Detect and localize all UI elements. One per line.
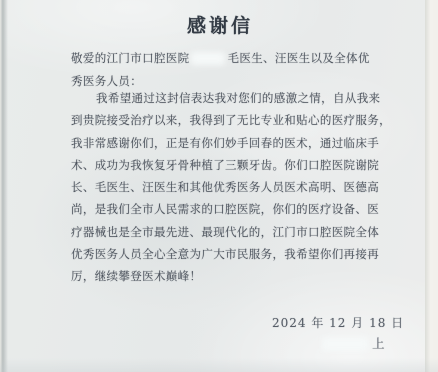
- redacted-name-blur: [191, 52, 225, 65]
- letter-date: 2024 年 12 月 18 日: [272, 314, 404, 331]
- salutation-line-1: 敬爱的江门市口腔医院毛医生、汪医生以及全体优: [71, 50, 373, 67]
- letter-title: 感谢信: [71, 11, 369, 38]
- redacted-signature-blur: [322, 337, 368, 351]
- letter-body-line: 优秀医务人员全心全意为广大市民服务，我希望你们再接再: [71, 243, 373, 265]
- letter-body-line: 术、成功为我恢复牙骨种植了三颗牙齿。你们口腔医院谢院: [71, 154, 373, 176]
- paper-left-edge: [0, 0, 8, 372]
- background-right-strip: [425, 0, 438, 372]
- salutation-after-redaction: 毛医生、汪医生以及全体优: [228, 51, 370, 65]
- signature-line: 上: [322, 334, 385, 353]
- letter-body-line: 尚，是我们全市人民需求的口腔医院，你们的医疗设备、医: [71, 198, 373, 220]
- letter-body-line: 到贵院接受治疗以来，我得到了无比专业和贴心的医疗服务，: [71, 109, 373, 131]
- letter-photo: 感谢信 敬爱的江门市口腔医院毛医生、汪医生以及全体优 秀医务人员： 我希望通过这…: [0, 0, 438, 372]
- letter-body-line: 我希望通过这封信表达我对您们的感激之情，自从我来: [71, 87, 373, 109]
- salutation-before-redaction: 敬爱的江门市口腔医院: [71, 51, 190, 65]
- paper-bottom-shadow: [0, 358, 438, 372]
- letter-body-line: 厉，继续攀登医术巅峰！: [71, 265, 373, 287]
- letter-body-line: 我非常感谢你们，正是有你们妙手回春的医术，通过临床手: [71, 132, 373, 154]
- letter-body: 我希望通过这封信表达我对您们的感激之情，自从我来 到贵院接受治疗以来，我得到了无…: [71, 87, 373, 288]
- letter-body-line: 长、毛医生、汪医生和其他优秀医务人员医术高明、医德高: [71, 176, 373, 198]
- letter-body-line: 疗器械也是全市最先进、最现代化的，江门市口腔医院全体: [71, 221, 373, 243]
- signature-suffix: 上: [372, 336, 385, 351]
